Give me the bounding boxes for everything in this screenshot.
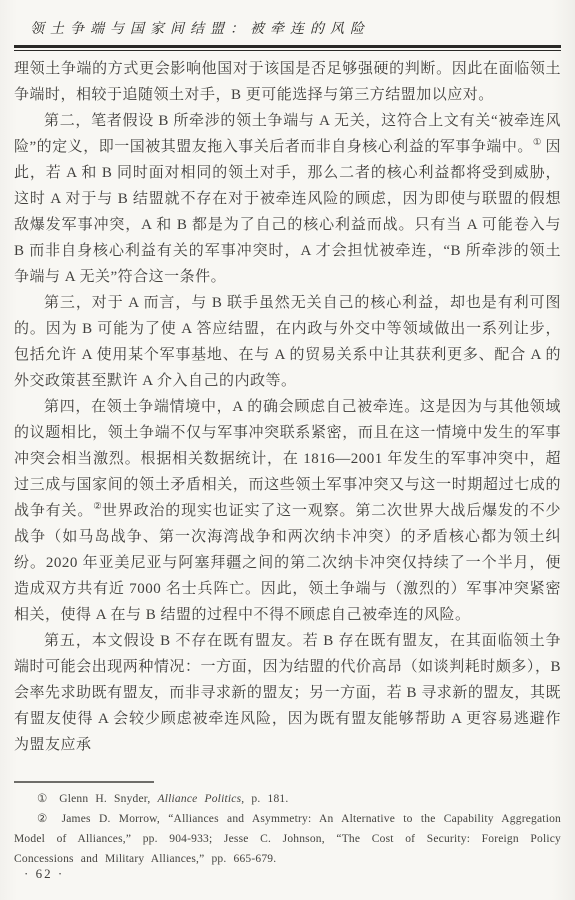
- text-run: 第四，在领土争端情境中，A 的确会顾虑自己被牵连。这是因为与其他领域的议题相比，…: [14, 399, 561, 519]
- text-run: ① Glenn H. Snyder,: [37, 793, 158, 805]
- running-header: 领土争端与国家间结盟：被牵连的风险: [14, 18, 561, 51]
- text-run: ② James D. Morrow, “Alliances and Asymme…: [14, 813, 561, 865]
- text-run: 第三，对于 A 而言，与 B 联手虽然无关自己的核心利益，却也是有利可图的。因为…: [14, 295, 561, 389]
- text-run: 世界政治的现实也证实了这一观察。第二次世界大战后爆发的不少战争（如马岛战争、第一…: [14, 503, 561, 623]
- text-run: , p. 181.: [241, 793, 288, 805]
- book-page: 领土争端与国家间结盟：被牵连的风险 理领土争端的方式更会影响他国对于该国是否足够…: [0, 0, 575, 900]
- running-header-title: 领土争端与国家间结盟：被牵连的风险: [30, 18, 561, 38]
- body-paragraph: 第五，本文假设 B 不存在既有盟友。若 B 存在既有盟友，在其面临领土争端时可能…: [14, 628, 561, 758]
- body-paragraph: 理领土争端的方式更会影响他国对于该国是否足够强硬的判断。因此在面临领土争端时，相…: [14, 56, 561, 108]
- text-run: 第二，笔者假设 B 所牵涉的领土争端与 A 无关，这符合上文有关“被牵连风险”的…: [14, 113, 561, 155]
- footnote-separator: [14, 781, 154, 783]
- page-number: · 62 ·: [24, 866, 64, 882]
- italic-title: Alliance Politics: [158, 793, 242, 805]
- text-run: 第五，本文假设 B 不存在既有盟友。若 B 存在既有盟友，在其面临领土争端时可能…: [14, 633, 561, 753]
- body-paragraph: 第二，笔者假设 B 所牵涉的领土争端与 A 无关，这符合上文有关“被牵连风险”的…: [14, 108, 561, 290]
- footnote-ref: ①: [533, 138, 541, 148]
- body-paragraph: 第三，对于 A 而言，与 B 联手虽然无关自己的核心利益，却也是有利可图的。因为…: [14, 290, 561, 394]
- header-rule-thick: [14, 45, 561, 48]
- footnote-item: ② James D. Morrow, “Alliances and Asymme…: [14, 809, 561, 869]
- footnote-item: ① Glenn H. Snyder, Alliance Politics, p.…: [14, 789, 561, 809]
- header-rule-thin: [14, 50, 561, 51]
- text-run: 因此，若 A 和 B 同时面对相同的领土对手，那么二者的核心利益都将受到威胁，这…: [14, 139, 561, 285]
- footnote-ref: ②: [93, 502, 102, 512]
- body-paragraph: 第四，在领土争端情境中，A 的确会顾虑自己被牵连。这是因为与其他领域的议题相比，…: [14, 394, 561, 628]
- body-text: 理领土争端的方式更会影响他国对于该国是否足够强硬的判断。因此在面临领土争端时，相…: [14, 56, 561, 758]
- text-run: 理领土争端的方式更会影响他国对于该国是否足够强硬的判断。因此在面临领土争端时，相…: [14, 61, 561, 103]
- footnotes: ① Glenn H. Snyder, Alliance Politics, p.…: [14, 789, 561, 869]
